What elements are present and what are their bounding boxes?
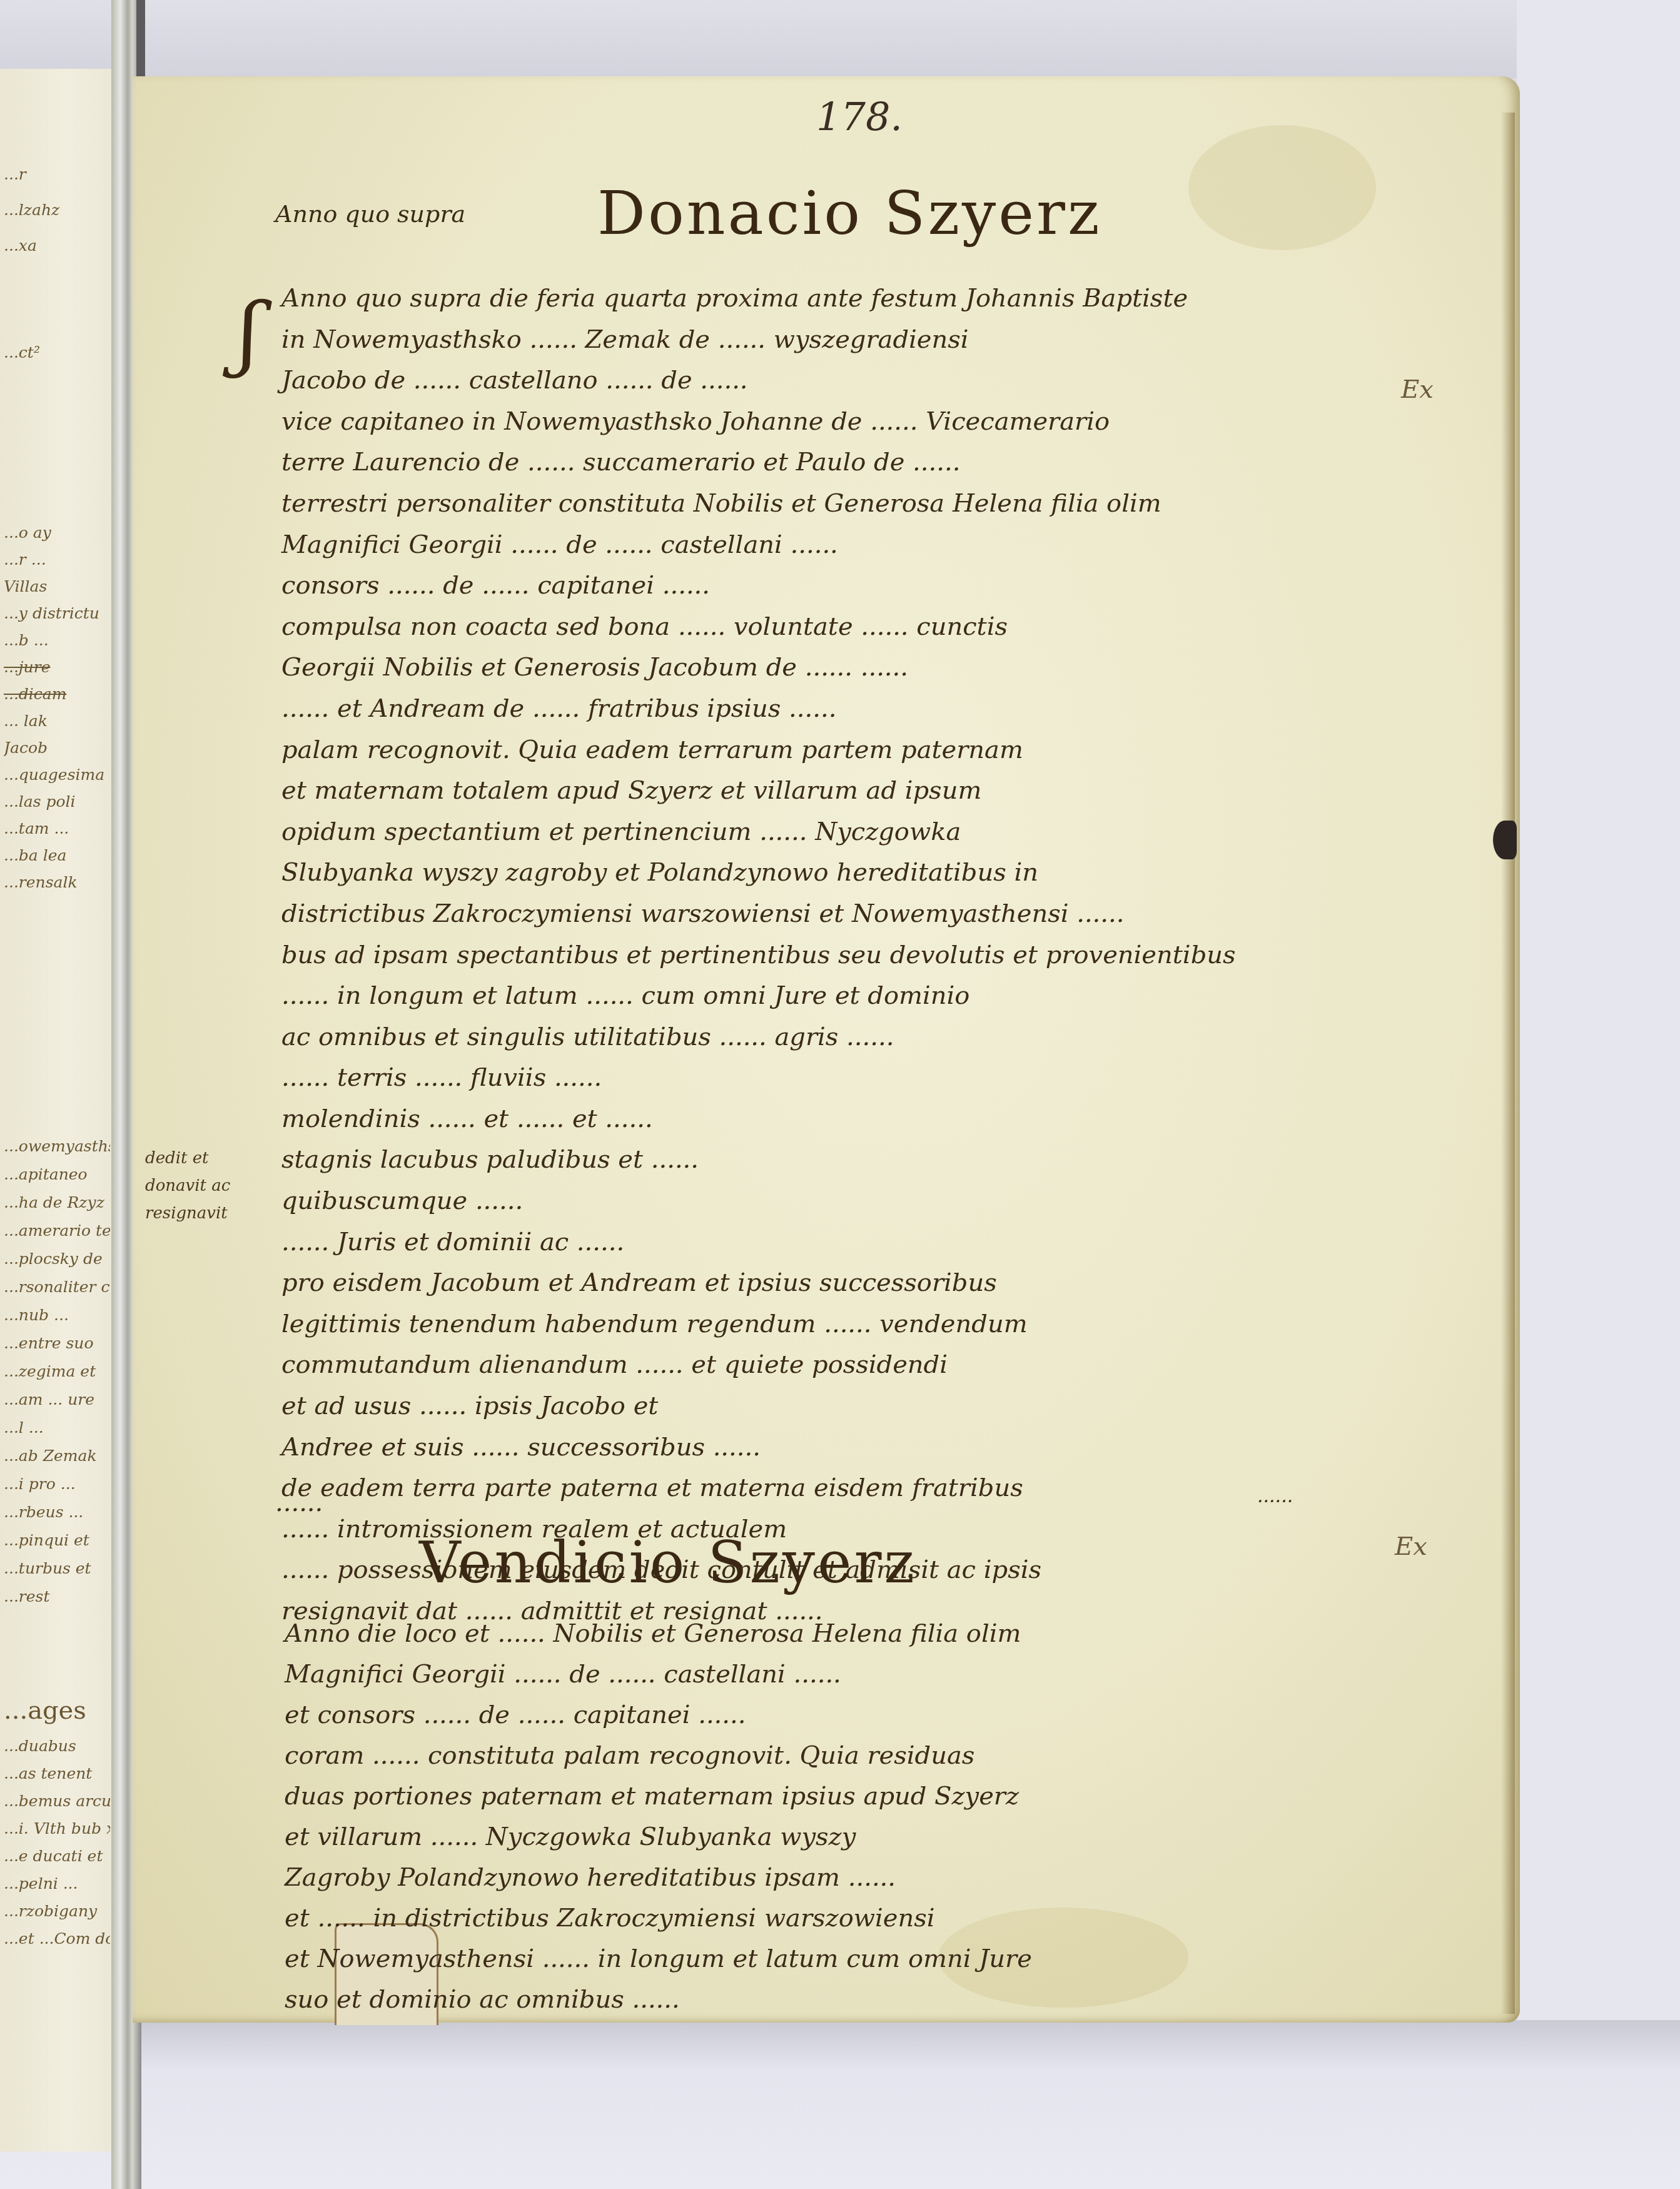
text-line: ...... et Andream de ...... fratribus ip… [281,689,1236,730]
folio-number: 178. [816,94,903,139]
text-line: Magnifici Georgii ...... de ...... caste… [285,1654,1032,1695]
text-line: opidum spectantium et pertinencium .....… [281,812,1236,853]
fragment-line: ...r [4,156,110,192]
fragment-line: ...zegima et [4,1357,110,1385]
text-line: Jacobo de ...... castellano ...... de ..… [281,360,1236,402]
text-line: duas portiones paternam et maternam ipsi… [285,1776,1032,1817]
text-line: et ...... in districtibus Zakroczymiensi… [285,1898,1032,1939]
fragment-line: ...entre suo [4,1329,110,1357]
fragment-line: Jacob [4,734,110,761]
entry-heading-vendicio: Vendicio Szyerz [419,1529,917,1596]
text-line: stagnis lacubus paludibus et ...... [281,1140,1236,1181]
fragment-line: ...ba lea [4,842,110,869]
marginal-note-line: donavit ac [145,1172,230,1200]
text-line: ...... terris ...... fluviis ...... [281,1058,1236,1099]
text-line: ac omnibus et singulis utilitatibus ....… [281,1017,1236,1058]
fragment-line: ...rsonaliter consti [4,1273,110,1301]
fragment-line: ...las poli [4,788,110,815]
text-line: molendinis ...... et ...... et ...... [281,1099,1236,1140]
text-line: palam recognovit. Quia eadem terrarum pa… [281,730,1236,771]
text-line: Slubyanka wyszy zagroby et Polandzynowo … [281,852,1236,894]
fragment-line: ...owemyasthsko [4,1132,110,1160]
text-line: terrestri personaliter constituta Nobili… [281,483,1236,525]
text-line: de eadem terra parte paterna et materna … [281,1468,1236,1509]
entry-body-donacio: Anno quo supra die feria quarta proxima … [281,278,1236,1632]
fragment-line: ...y districtu [4,600,110,627]
text-line: vice capitaneo in Nowemyasthsko Johanne … [281,402,1236,443]
folio-edge-shadow [1501,113,1515,2014]
text-line: et villarum ...... Nyczgowka Slubyanka w… [285,1817,1032,1858]
text-line: Georgii Nobilis et Generosis Jacobum de … [281,647,1236,689]
text-line: Magnifici Georgii ...... de ...... caste… [281,525,1236,566]
text-line: ...... in longum et latum ...... cum omn… [281,976,1236,1017]
fragment-line: ...rest [4,1582,110,1610]
entry-end-mark: ...... [1257,1485,1293,1507]
text-line: et ad usus ...... ipsis Jacobo et [281,1386,1236,1427]
facing-page-text-top: ...r ...lzahz ...xa ...ct² [4,156,110,370]
fragment-line: ...e ducati et [4,1843,110,1870]
fragment-line: ...xa [4,228,110,263]
fragment-line: ...dicam [4,680,110,707]
fragment-line: ...ct² [4,335,110,370]
text-line: in Nowemyasthsko ...... Zemak de ...... … [281,320,1236,361]
fragment-line [4,299,110,335]
fragment-line: ...pinqui et [4,1526,110,1554]
fragment-line: ...rbeus ... [4,1498,110,1526]
text-line: bus ad ipsam spectantibus et pertinentib… [281,935,1236,976]
text-line: coram ...... constituta palam recognovit… [285,1736,1032,1776]
fragment-line: ...r ... [4,546,110,573]
entry-heading-donacio: Donacio Szyerz [597,178,1101,248]
text-line: pro eisdem Jacobum et Andream et ipsius … [281,1263,1236,1304]
text-line: quibuscumque ...... [281,1181,1236,1222]
fragment-line: ...pelni ... [4,1870,110,1898]
fragment-line: ...bemus arcu [4,1787,110,1815]
scan-background-bottom [0,2020,1680,2189]
text-line: suo et dominio ac omnibus ...... [285,1979,1032,2020]
text-line: terre Laurencio de ...... succamerario e… [281,442,1236,483]
fragment-line: ...lzahz [4,192,110,228]
fragment-line: ...ages [4,1689,110,1732]
text-line: Anno die loco et ...... Nobilis et Gener… [285,1614,1032,1654]
entry-heading-prefix: Anno quo supra [275,200,465,228]
fragment-line: ...apitaneo [4,1160,110,1188]
decorated-initial: ʃ [238,285,260,380]
fragment-line: ...l ... [4,1413,110,1442]
fragment-line: ...i. Vlth bub x [4,1815,110,1843]
entry-body-vendicio: Anno die loco et ...... Nobilis et Gener… [285,1614,1032,2020]
text-line: consors ...... de ...... capitanei .....… [281,565,1236,607]
text-line: et consors ...... de ...... capitanei ..… [285,1695,1032,1736]
fragment-line: ...ab Zemak [4,1442,110,1470]
fragment-line: ...quagesima [4,761,110,788]
fragment-line: ...o ay [4,519,110,546]
fragment-line: ...rensalk [4,869,110,896]
parchment-stain [1188,125,1376,250]
facing-page-text-lower: ...owemyasthsko ...apitaneo ...ha de Rzy… [4,1132,110,1610]
text-line: legittimis tenendum habendum regendum ..… [281,1304,1236,1345]
text-line: commutandum alienandum ...... et quiete … [281,1345,1236,1386]
facing-page-text-middle: ...o ay ...r ... Villas ...y districtu .… [4,519,110,896]
fragment-line: Villas [4,573,110,600]
text-line: Andree et suis ...... successoribus ....… [281,1427,1236,1469]
marginal-mark-ex: Ex [1395,1532,1427,1561]
scan-background-right [1517,0,1680,2189]
scan-background-top [0,0,1680,78]
fragment-line: ...nub ... [4,1301,110,1329]
text-line: et maternam totalem apud Szyerz et villa… [281,771,1236,812]
fragment-line: ...duabus [4,1732,110,1760]
fragment-line: ...ha de Rzyz [4,1188,110,1216]
text-line: et Nowemyasthensi ...... in longum et la… [285,1939,1032,1979]
fragment-line: ...amerario terre [4,1216,110,1245]
text-line: districtibus Zakroczymiensi warszowiensi… [281,894,1236,935]
fragment-line: ...i pro ... [4,1470,110,1498]
entry-final-word: ...... [275,1489,323,1517]
fragment-line: ...as tenent [4,1760,110,1787]
marginal-note-line: resignavit [145,1200,230,1227]
fragment-line: ...tam ... [4,815,110,842]
text-line: ...... Juris et dominii ac ...... [281,1222,1236,1263]
text-line: Anno quo supra die feria quarta proxima … [281,278,1236,320]
marginal-mark-ex: Ex [1401,375,1434,404]
text-line: compulsa non coacta sed bona ...... volu… [281,607,1236,648]
fragment-line: ...turbus et [4,1554,110,1582]
fragment-line: ...plocsky de [4,1245,110,1273]
fragment-line: ...b ... [4,627,110,654]
binding-strip [136,0,145,88]
marginal-note-line: dedit et [145,1145,230,1172]
fragment-line: ...jure [4,654,110,680]
marginal-note-left: dedit et donavit ac resignavit [145,1145,230,1227]
fragment-line: ...rzobigany [4,1898,110,1925]
ink-blot [1493,821,1517,859]
fragment-line: ...am ... ure [4,1385,110,1413]
facing-page-text-bottom: ...ages ...duabus ...as tenent ...bemus … [4,1689,110,1953]
fragment-line: ...et ...Com do [4,1925,110,1953]
text-line: Zagroby Polandzynowo hereditatibus ipsam… [285,1858,1032,1898]
fragment-line [4,263,110,299]
fragment-line: ... lak [4,707,110,734]
